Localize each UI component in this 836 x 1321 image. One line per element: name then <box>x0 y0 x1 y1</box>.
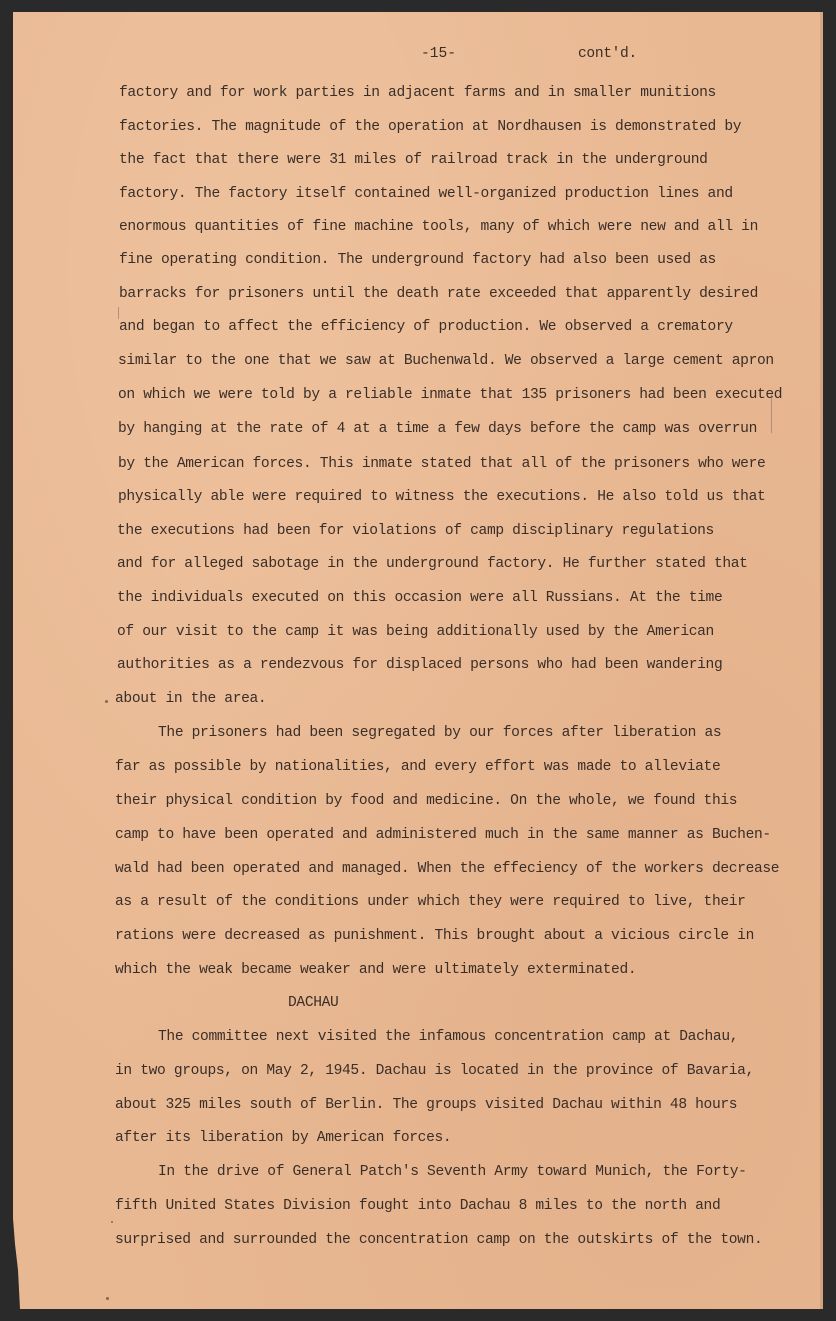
body-line: In the drive of General Patch's Seventh … <box>158 1163 747 1181</box>
paper-speck <box>106 1297 109 1300</box>
body-line: and began to affect the efficiency of pr… <box>119 318 733 336</box>
body-line: after its liberation by American forces. <box>115 1129 451 1147</box>
body-line: authorities as a rendezvous for displace… <box>117 656 722 674</box>
body-line: by hanging at the rate of 4 at a time a … <box>118 420 757 438</box>
body-line: factory. The factory itself contained we… <box>119 185 733 203</box>
body-line: wald had been operated and managed. When… <box>115 860 779 878</box>
body-line: the executions had been for violations o… <box>117 522 714 540</box>
body-line: the fact that there were 31 miles of rai… <box>119 151 708 169</box>
body-line: barracks for prisoners until the death r… <box>119 285 758 303</box>
body-line: in two groups, on May 2, 1945. Dachau is… <box>115 1062 754 1080</box>
page-number: -15- <box>421 45 456 63</box>
body-line: their physical condition by food and med… <box>115 792 737 810</box>
body-line: enormous quantities of fine machine tool… <box>119 218 758 236</box>
body-line: camp to have been operated and administe… <box>115 826 771 844</box>
margin-mark <box>118 307 119 319</box>
continued-label: cont'd. <box>578 45 637 63</box>
body-line: which the weak became weaker and were ul… <box>115 961 636 979</box>
page-edge <box>820 12 823 1309</box>
margin-mark <box>771 393 772 433</box>
body-line: by the American forces. This inmate stat… <box>118 455 765 473</box>
body-line: The prisoners had been segregated by our… <box>158 724 721 742</box>
body-line: similar to the one that we saw at Buchen… <box>118 352 774 370</box>
section-heading: DACHAU <box>288 994 338 1012</box>
body-line: fine operating condition. The undergroun… <box>119 251 716 269</box>
body-line: far as possible by nationalities, and ev… <box>115 758 720 776</box>
paper-speck <box>111 1221 113 1223</box>
body-line: about in the area. <box>115 690 266 708</box>
body-line: The committee next visited the infamous … <box>158 1028 738 1046</box>
body-line: rations were decreased as punishment. Th… <box>115 927 754 945</box>
body-line: on which we were told by a reliable inma… <box>118 386 782 404</box>
body-line: of our visit to the camp it was being ad… <box>117 623 714 641</box>
body-line: physically able were required to witness… <box>118 488 765 506</box>
body-line: factory and for work parties in adjacent… <box>119 84 716 102</box>
paper-speck <box>105 700 108 703</box>
body-line: about 325 miles south of Berlin. The gro… <box>115 1096 737 1114</box>
body-line: the individuals executed on this occasio… <box>117 589 722 607</box>
body-line: as a result of the conditions under whic… <box>115 893 746 911</box>
body-line: fifth United States Division fought into… <box>115 1197 720 1215</box>
body-line: and for alleged sabotage in the undergro… <box>117 555 748 573</box>
body-line: surprised and surrounded the concentrati… <box>115 1231 762 1249</box>
body-line: factories. The magnitude of the operatio… <box>119 118 741 136</box>
